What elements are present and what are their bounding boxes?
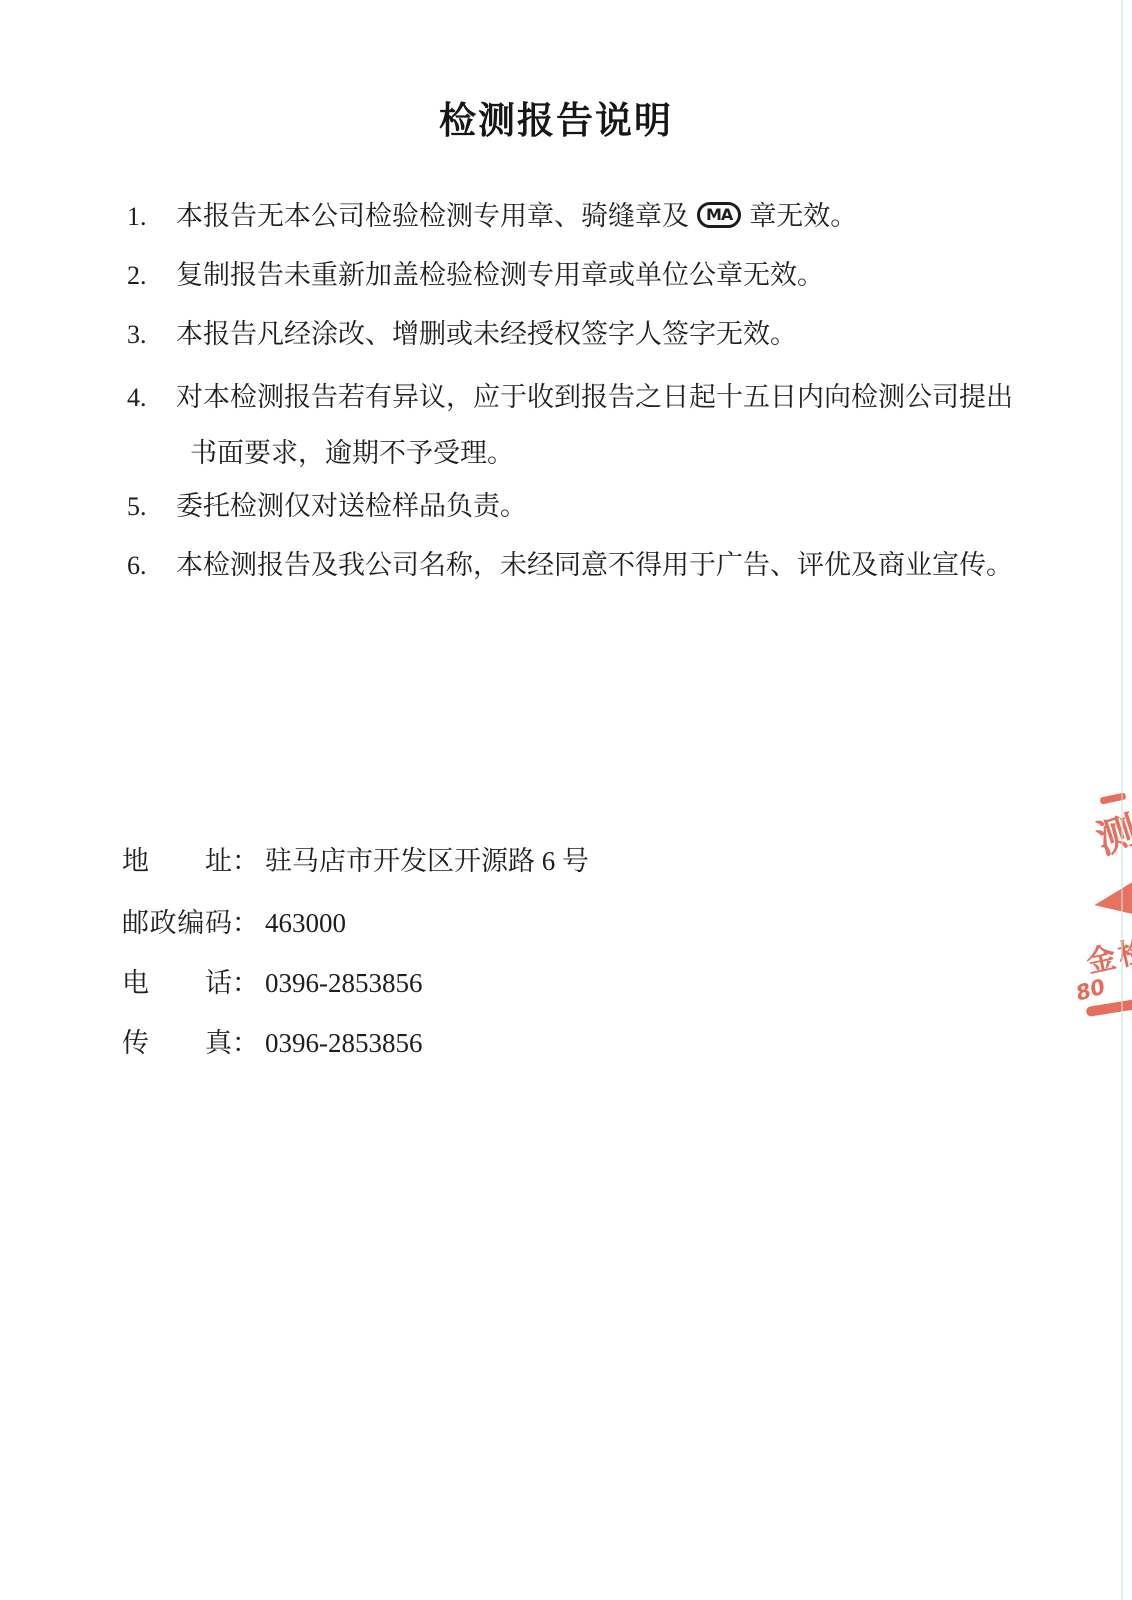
note-number: 3. <box>127 318 176 352</box>
note-number: 4. <box>127 381 176 415</box>
note-text-pre: 本报告无本公司检验检测专用章、骑缝章及 <box>176 201 689 231</box>
cma-ma-icon: MA <box>697 202 741 228</box>
contact-label: 电话 <box>122 966 232 1000</box>
note-item-1: 1.本报告无本公司检验检测专用章、骑缝章及MA章无效。 <box>127 199 1057 234</box>
note-text: 本报告凡经涂改、增删或未经授权签字人签字无效。 <box>176 319 797 349</box>
red-stamp-fragment-number: 80 <box>1073 974 1108 1005</box>
note-number: 2. <box>127 259 176 293</box>
page-title: 检测报告说明 <box>0 90 1112 144</box>
note-text-post: 章无效。 <box>749 201 857 231</box>
note-text: 复制报告未重新加盖检验检测专用章或单位公章无效。 <box>176 260 824 290</box>
note-item-2: 2.复制报告未重新加盖检验检测专用章或单位公章无效。 <box>127 258 1057 293</box>
red-stamp-fragment-character-top: 测 <box>1088 799 1132 866</box>
contact-value-phone: 0396-2853856 <box>265 966 423 1000</box>
contact-value-fax: 0396-2853856 <box>265 1026 423 1060</box>
note-item-3: 3.本报告凡经涂改、增删或未经授权签字人签字无效。 <box>127 317 1057 352</box>
note-number: 6. <box>127 549 176 583</box>
note-item-6: 6.本检测报告及我公司名称，未经同意不得用于广告、评优及商业宣传。 <box>127 548 1057 583</box>
note-item-5: 5.委托检测仅对送检样品负责。 <box>127 489 1057 524</box>
contact-colon: ： <box>232 844 259 878</box>
contact-row-fax: 传真：0396-2853856 <box>122 1026 423 1060</box>
contact-colon: ： <box>232 906 259 940</box>
note-line-2: 书面要求，逾期不予受理。 <box>127 436 1057 470</box>
report-notes-page: 检测报告说明 1.本报告无本公司检验检测专用章、骑缝章及MA章无效。 2.复制报… <box>0 0 1132 1600</box>
note-line-1: 4.对本检测报告若有异议，应于收到报告之日起十五日内向检测公司提出 <box>127 380 1057 415</box>
contact-colon: ： <box>232 1026 259 1060</box>
note-text: 本检测报告及我公司名称，未经同意不得用于广告、评优及商业宣传。 <box>176 550 1013 580</box>
note-number: 5. <box>127 490 176 524</box>
red-stamp-fragment-star-wedge <box>1092 880 1132 920</box>
note-item-4: 4.对本检测报告若有异议，应于收到报告之日起十五日内向检测公司提出 书面要求，逾… <box>127 380 1057 470</box>
contact-label: 邮政编码 <box>122 906 232 940</box>
contact-row-phone: 电话：0396-2853856 <box>122 966 423 1000</box>
contact-label: 传真 <box>122 1026 232 1060</box>
contact-row-address: 地址：驻马店市开发区开源路 6 号 <box>122 844 589 878</box>
contact-label: 地址 <box>122 844 232 878</box>
contact-value-address: 驻马店市开发区开源路 6 号 <box>265 844 589 878</box>
note-text: 对本检测报告若有异议，应于收到报告之日起十五日内向检测公司提出 <box>176 382 1013 412</box>
red-stamp-fragment-bar-bottom <box>1086 999 1132 1017</box>
note-text: 委托检测仅对送检样品负责。 <box>176 491 527 521</box>
scan-edge-line <box>1121 0 1123 1600</box>
red-stamp-fragment-characters-mid: 金检 <box>1082 928 1132 981</box>
note-number: 1. <box>127 200 176 234</box>
contact-value-postcode: 463000 <box>265 906 346 940</box>
contact-row-postcode: 邮政编码：463000 <box>122 906 346 940</box>
contact-colon: ： <box>232 966 259 1000</box>
